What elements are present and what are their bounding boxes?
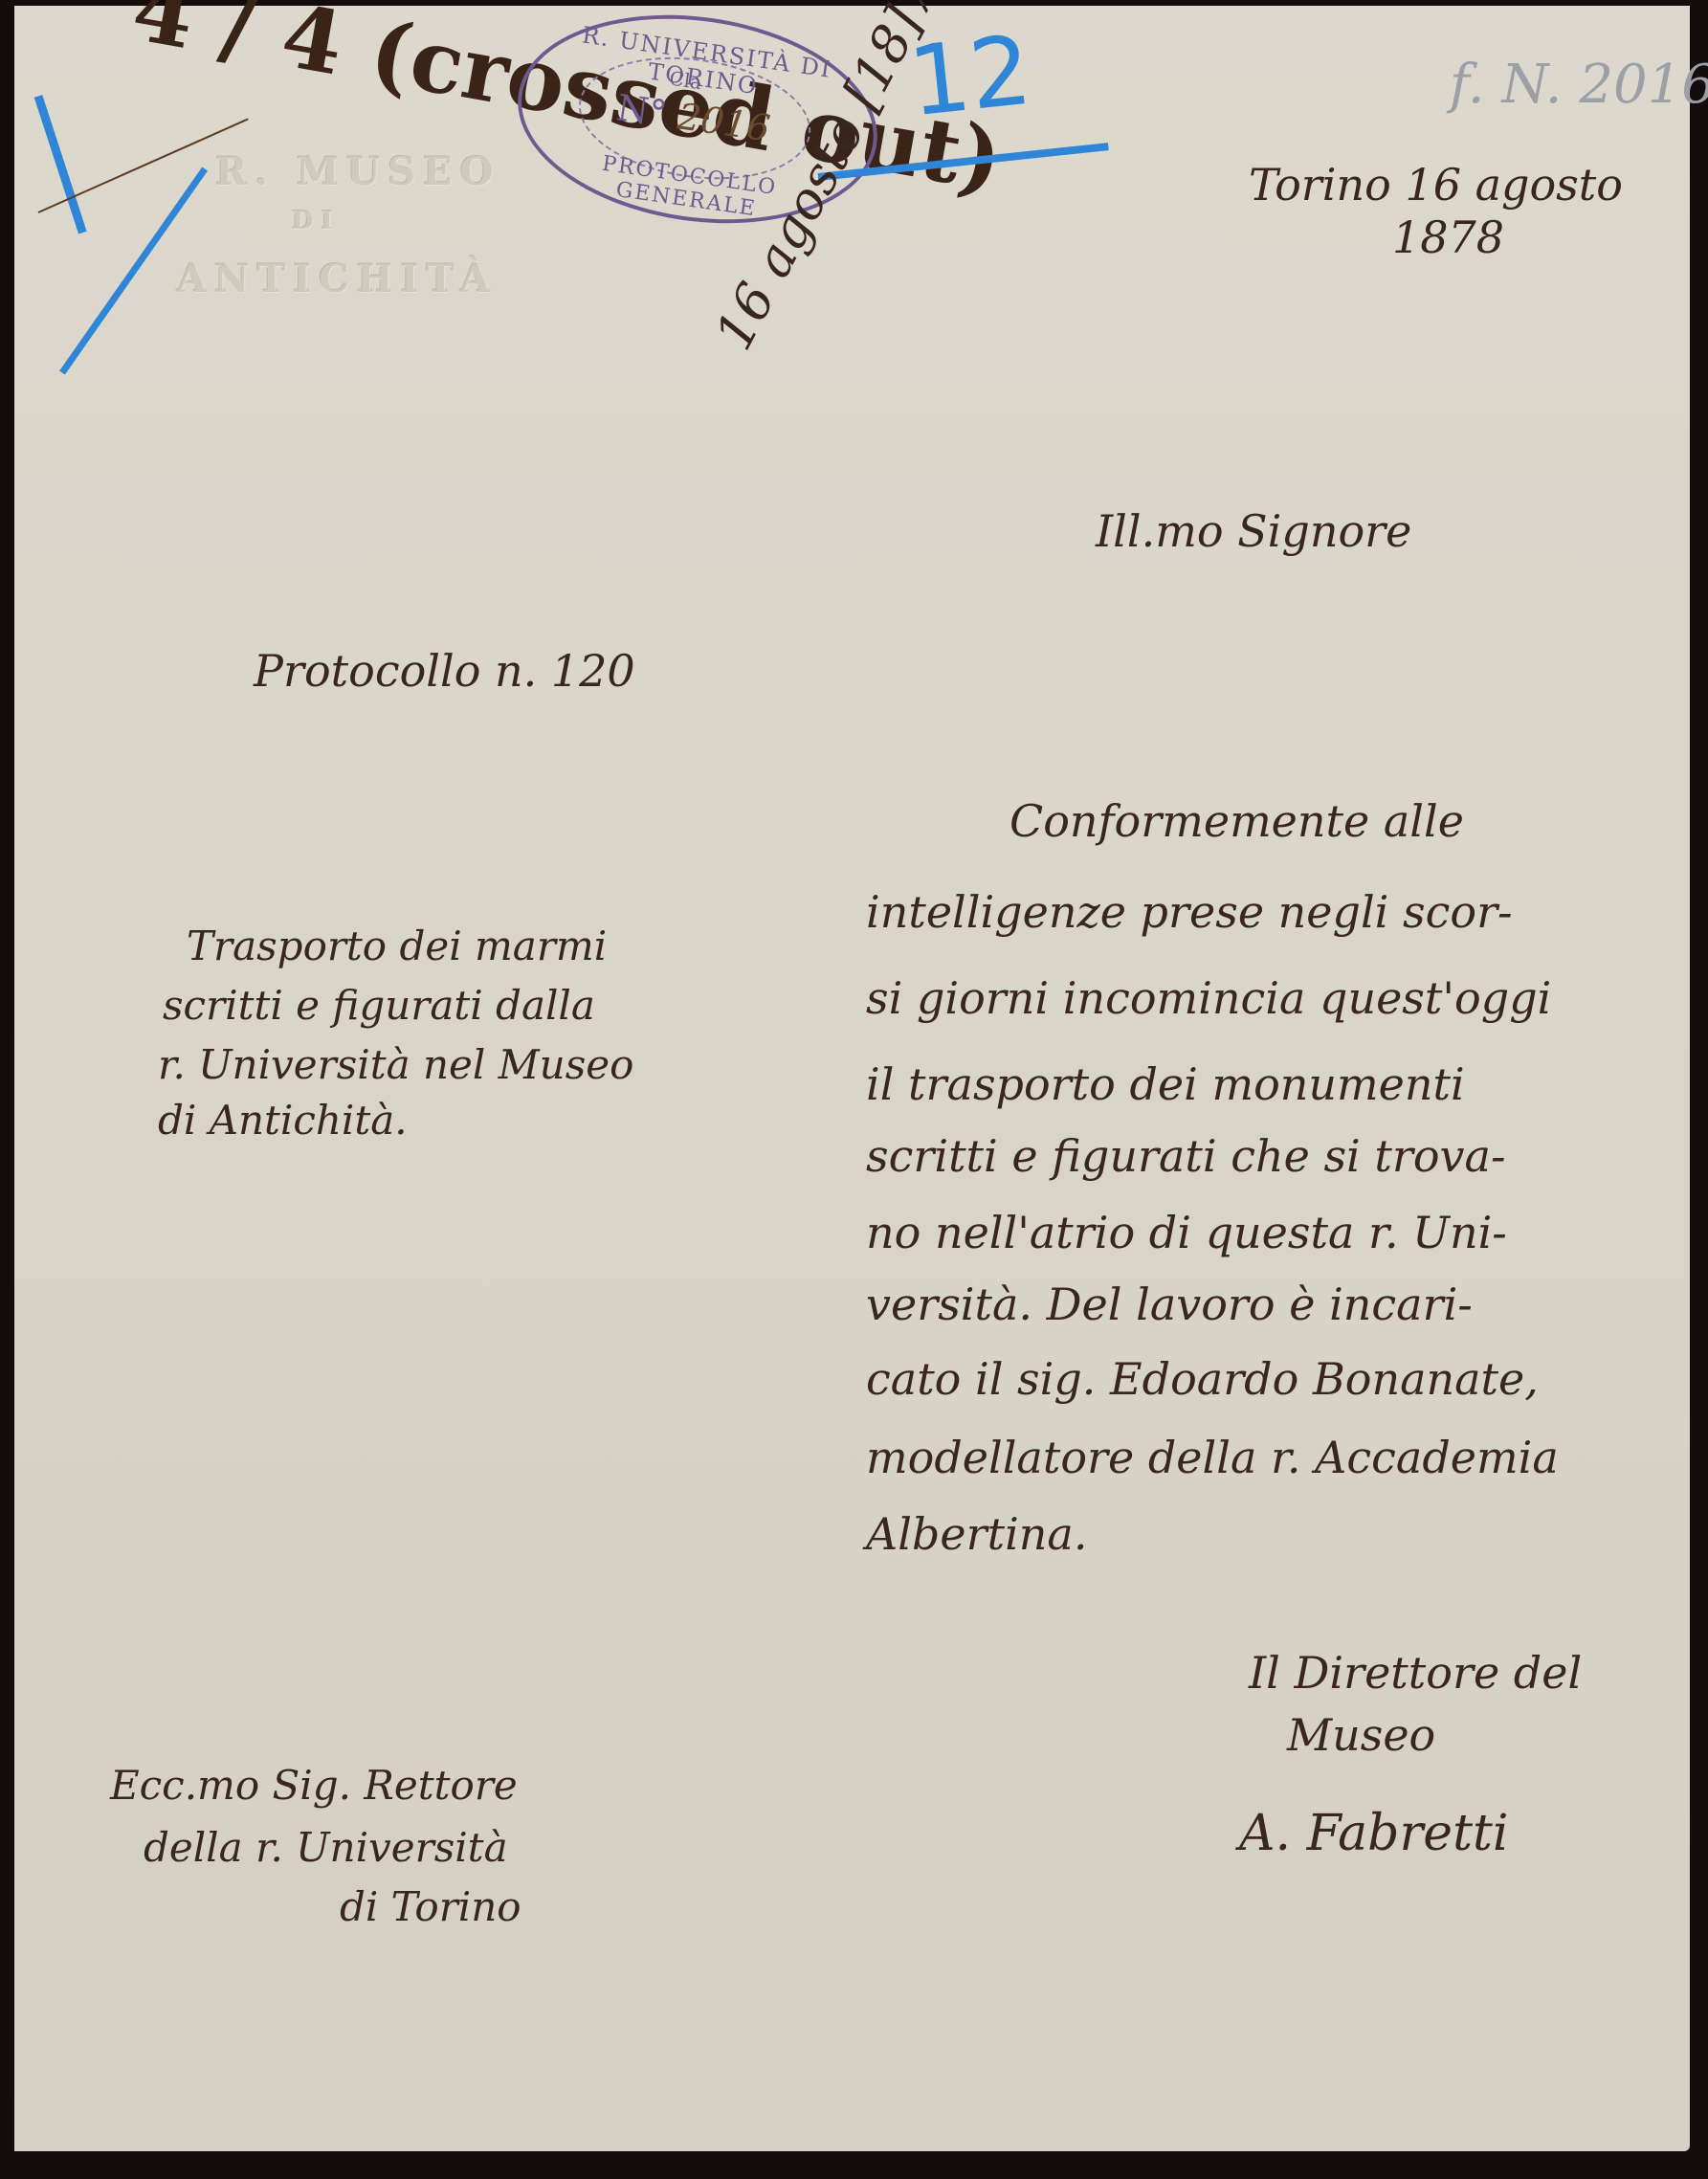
pencil-reference: f. N. 2016 [1450,54,1708,116]
letter-page: 4 / 4 (crossed out) R. MUSEO DI ANTICHIT… [14,6,1690,2151]
body-line: si giorni incomincia quest'oggi [866,972,1551,1024]
addressee-line: Ecc.mo Sig. Rettore [110,1762,518,1809]
signature: A. Fabretti [1239,1805,1509,1862]
addressee-line: di Torino [340,1883,521,1930]
embossed-letterhead-line2: DI [292,207,341,235]
subject-line: r. Università nel Museo [158,1041,633,1088]
place-date-line2: 1878 [1392,211,1504,263]
place-date-line1: Torino 16 agosto [1249,159,1623,211]
salutation: Ill.mo Signore [1096,505,1411,557]
protocol-number: Protocollo n. 120 [254,645,635,697]
embossed-letterhead-line3: ANTICHITÀ [177,256,498,301]
embossed-letterhead-line1: R. MUSEO [215,149,500,194]
stamp-cla-label: Cla [668,67,703,94]
blue-crayon-stroke [34,95,87,233]
stamp-number-label: N° [614,86,670,135]
subject-line: Trasporto dei marmi [187,923,607,969]
closing-title-line1: Il Direttore del [1249,1647,1582,1699]
body-line: no nell'atrio di questa r. Uni- [866,1207,1507,1258]
body-line: intelligenze prese negli scor- [866,886,1513,938]
body-line: versità. Del lavoro è incari- [866,1278,1473,1330]
addressee-line: della r. Università [144,1824,508,1871]
body-line: cato il sig. Edoardo Bonanate, [866,1353,1539,1405]
body-line: scritti e figurati che si trova- [866,1130,1506,1182]
closing-title-line2: Museo [1287,1709,1435,1761]
body-line: Albertina. [866,1508,1087,1560]
subject-line: scritti e figurati dalla [163,982,595,1029]
subject-line: di Antichità. [158,1097,408,1144]
body-line: Conformemente alle [1009,795,1464,847]
body-line: modellatore della r. Accademia [866,1432,1559,1483]
body-line: il trasporto dei monumenti [866,1058,1465,1110]
